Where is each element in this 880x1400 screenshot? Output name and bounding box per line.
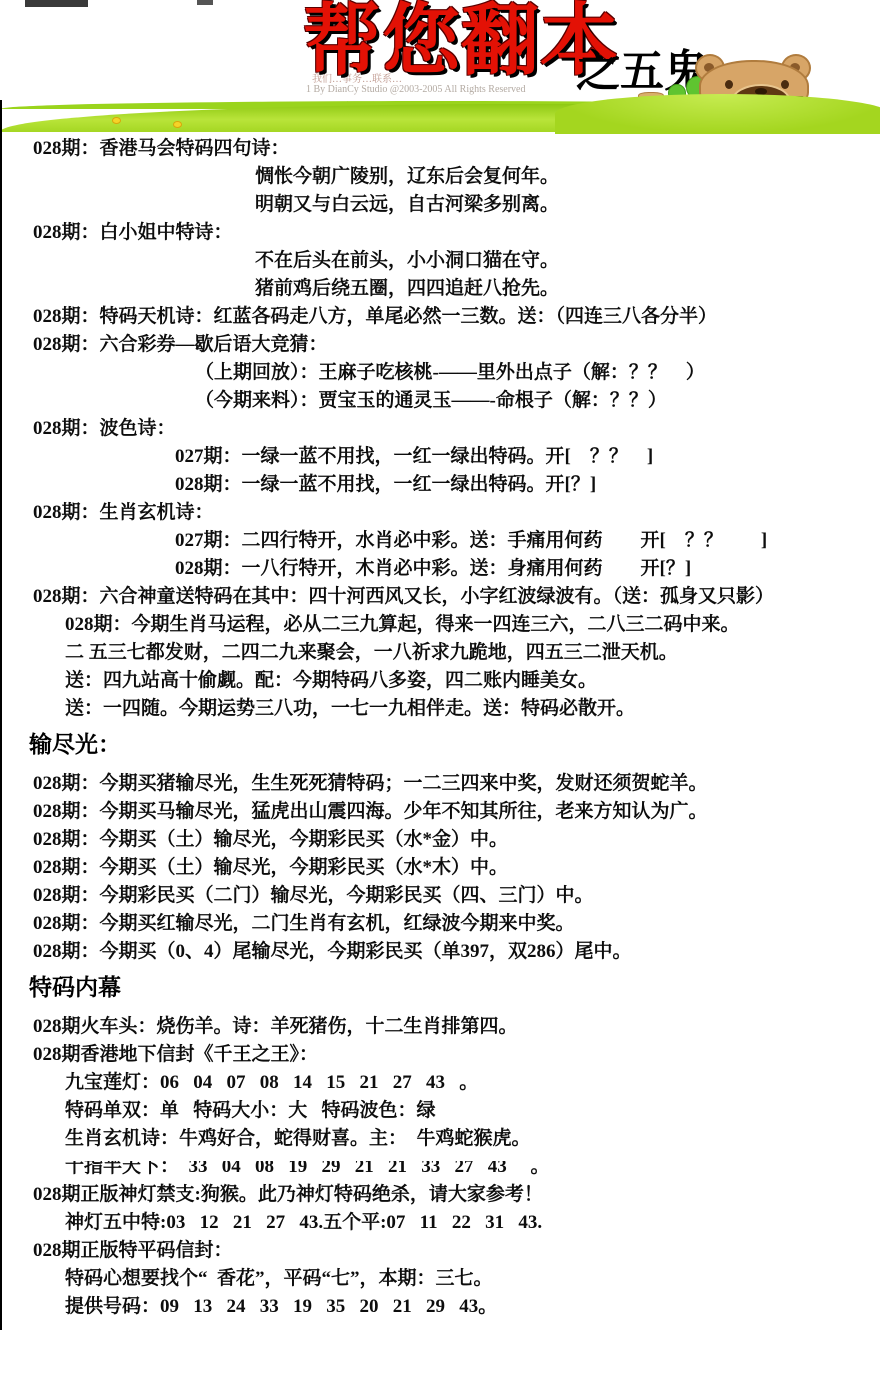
text-line: 028期：白小姐中特诗： [33,222,873,243]
text-line: 028期：六合彩券—歇后语大竞猜： [33,334,873,355]
text-line: 028期：生肖玄机诗： [33,502,873,523]
section-shujinguang: 028期：今期买猪输尽光，生生死死猜特码；一二三四来中奖，发财还须贺蛇羊。028… [33,773,873,962]
bear-eye-icon [781,80,789,89]
section-tema-neimu: 028期火车头：烧伤羊。诗：羊死猪伤，十二生肖排第四。028期香港地下信封《千王… [33,1016,873,1317]
bear-eye-icon [725,80,733,89]
tip-sheet-content: 028期：香港马会特码四句诗：惆怅今朝广陵别，辽东后会复何年。明朝又与白云远，自… [33,138,873,1324]
text-line: 不在后头在前头，小小洞口猫在守。 [255,250,873,271]
text-line: 送：一四随。今期运势三八功，一七一九相伴走。送：特码必散开。 [65,698,873,719]
text-line: 二 五三七都发财，二四二九来聚会，一八祈求九跪地，四五三二泄天机。 [65,642,873,663]
text-line: 028期：六合神童送特码在其中：四十河西风又长，小字红波绿波有。（送：孤身又只影… [33,586,873,607]
text-line: 028期：今期买马输尽光，猛虎出山震四海。少年不知其所往，老来方知认为广。 [33,801,873,822]
text-line: （今期来料）：贾宝玉的通灵玉——-命根子（解：？？） [195,390,873,411]
page-title: 帮您翻本 [303,2,619,80]
section-heading-shujinguang: 输尽光： [29,732,873,758]
page-header: 我们…事务…联系… 1 By DianCy Studio @2003-2005 … [0,0,880,135]
text-line: 028期：今期买（土）输尽光，今期彩民买（水*木）中。 [33,857,873,878]
text-line: 027期：一绿一蓝不用找，一红一绿出特码。开[ ？？ ] [175,446,873,467]
section-intro-tips: 028期：香港马会特码四句诗：惆怅今朝广陵别，辽东后会复何年。明朝又与白云远，自… [33,138,873,719]
flower-icon [112,117,121,124]
text-line: 028期：今期买红输尽光，二门生肖有玄机，红绿波今期来中奖。 [33,913,873,934]
text-line: 特码心想要找个“ 香花”，平码“七”，本期：三七。 [65,1268,873,1289]
top-edge-mark [197,0,213,5]
top-edge-mark [25,0,88,7]
page-left-border [0,100,2,1330]
text-line: 猪前鸡后绕五圈，四四追赶八抢先。 [255,278,873,299]
text-line: 特码单双：单 特码大小：大 特码波色：绿 [65,1100,873,1121]
text-line: 028期：今期买猪输尽光，生生死死猜特码；一二三四来中奖，发财还须贺蛇羊。 [33,773,873,794]
flower-icon [173,121,182,128]
text-line: 神灯五中特:03 12 21 27 43.五个平:07 11 22 31 43. [65,1212,873,1233]
text-line: 028期正版神灯禁支:狗猴。此乃神灯特码绝杀，请大家参考！ [33,1184,873,1205]
section-heading-tema-neimu: 特码内幕 [29,975,873,1001]
text-line: 028期：特码天机诗：红蓝各码走八方，单尾必然一三数。送：（四连三八各分半） [33,306,873,327]
text-line: 028期：今期买（土）输尽光，今期彩民买（水*金）中。 [33,829,873,850]
text-line: 028期：今期彩民买（二门）输尽光，今期彩民买（四、三门）中。 [33,885,873,906]
text-line: 十指半天下： 33 04 08 19 29 21 21 33 27 43 。 [65,1156,873,1177]
text-line: 送：四九站高十偷觑。配：今期特码八多姿，四二账内睡美女。 [65,670,873,691]
text-line: 028期火车头：烧伤羊。诗：羊死猪伤，十二生肖排第四。 [33,1016,873,1037]
text-line: 028期：今期生肖马运程，必从二三九算起，得来一四连三六，二八三二码中来。 [65,614,873,635]
text-line: 028期：香港马会特码四句诗： [33,138,873,159]
text-line: 028期：今期买（0、4）尾输尽光，今期彩民买（单397，双286）尾中。 [33,941,873,962]
text-line: 生肖玄机诗：牛鸡好合，蛇得财喜。主： 牛鸡蛇猴虎。 [65,1128,873,1149]
text-line: 提供号码：09 13 24 33 19 35 20 21 29 43。 [65,1296,873,1317]
text-line: 028期正版特平码信封： [33,1240,873,1261]
header-copyright: 1 By DianCy Studio @2003-2005 All Rights… [306,84,526,95]
text-line: 九宝莲灯：06 04 07 08 14 15 21 27 43 。 [65,1072,873,1093]
text-line: 惆怅今朝广陵别，辽东后会复何年。 [255,166,873,187]
text-line: 028期香港地下信封《千王之王》： [33,1044,873,1065]
text-line: 028期：一八行特开，木肖必中彩。送：身痛用何药 开[？] [175,558,873,579]
grass-hill [555,94,880,134]
text-line: 028期：一绿一蓝不用找，一红一绿出特码。开[？] [175,474,873,495]
text-line: 028期：波色诗： [33,418,873,439]
text-line: 明朝又与白云远，自古河梁多别离。 [255,194,873,215]
text-line: 027期：二四行特开，水肖必中彩。送：手痛用何药 开[ ？？ ] [175,530,873,551]
text-line: （上期回放）：王麻子吃核桃-——里外出点子（解：？？ ） [195,362,873,383]
